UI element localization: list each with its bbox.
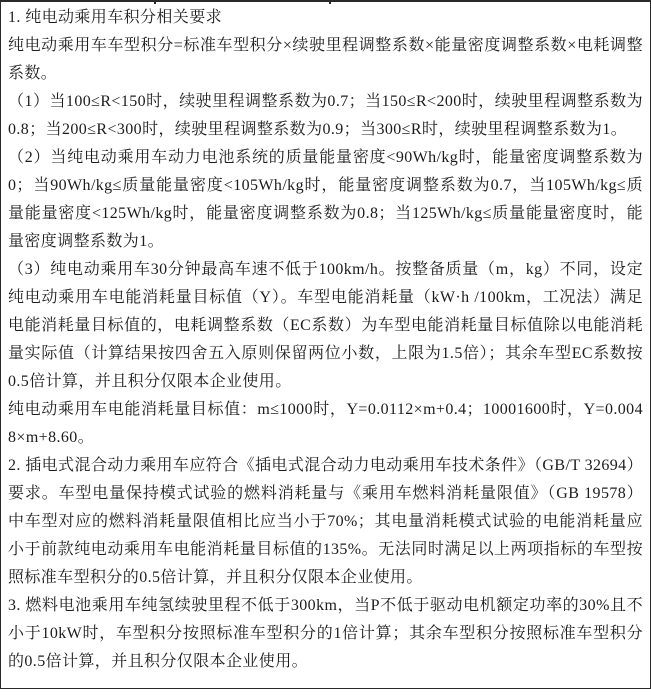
clause-3-energy-consumption-adjustment: （3）纯电动乘用车30分钟最高车速不低于100km/h。按整备质量（m，kg）不…	[8, 256, 643, 396]
section-3-fcv-requirements: 3. 燃料电池乘用车纯氢续驶里程不低于300km，当P不低于驱动电机额定功率的3…	[8, 592, 643, 676]
table-column-divider-tick	[154, 0, 156, 4]
section-1-heading: 1. 纯电动乘用车积分相关要求	[8, 4, 643, 32]
energy-consumption-target-formula: 纯电动乘用车电能消耗量目标值：m≤1000时，Y=0.0112×m+0.4；10…	[8, 396, 643, 452]
clause-2-energy-density-adjustment: （2）当纯电动乘用车动力电池系统的质量能量密度<90Wh/kg时，能量密度调整系…	[8, 144, 643, 256]
bev-score-formula-paragraph: 纯电动乘用车车型积分=标准车型积分×续驶里程调整系数×能量密度调整系数×电耗调整…	[8, 32, 643, 88]
table-cell-text-block: 1. 纯电动乘用车积分相关要求 纯电动乘用车车型积分=标准车型积分×续驶里程调整…	[0, 0, 651, 689]
section-2-phev-requirements: 2. 插电式混合动力乘用车应符合《插电式混合动力电动乘用车技术条件》（GB/T …	[8, 452, 643, 592]
document-page: 1. 纯电动乘用车积分相关要求 纯电动乘用车车型积分=标准车型积分×续驶里程调整…	[0, 0, 651, 695]
clause-1-range-adjustment: （1）当100≤R<150时，续驶里程调整系数为0.7；当150≤R<200时，…	[8, 88, 643, 144]
table-column-divider-tick	[329, 0, 331, 4]
